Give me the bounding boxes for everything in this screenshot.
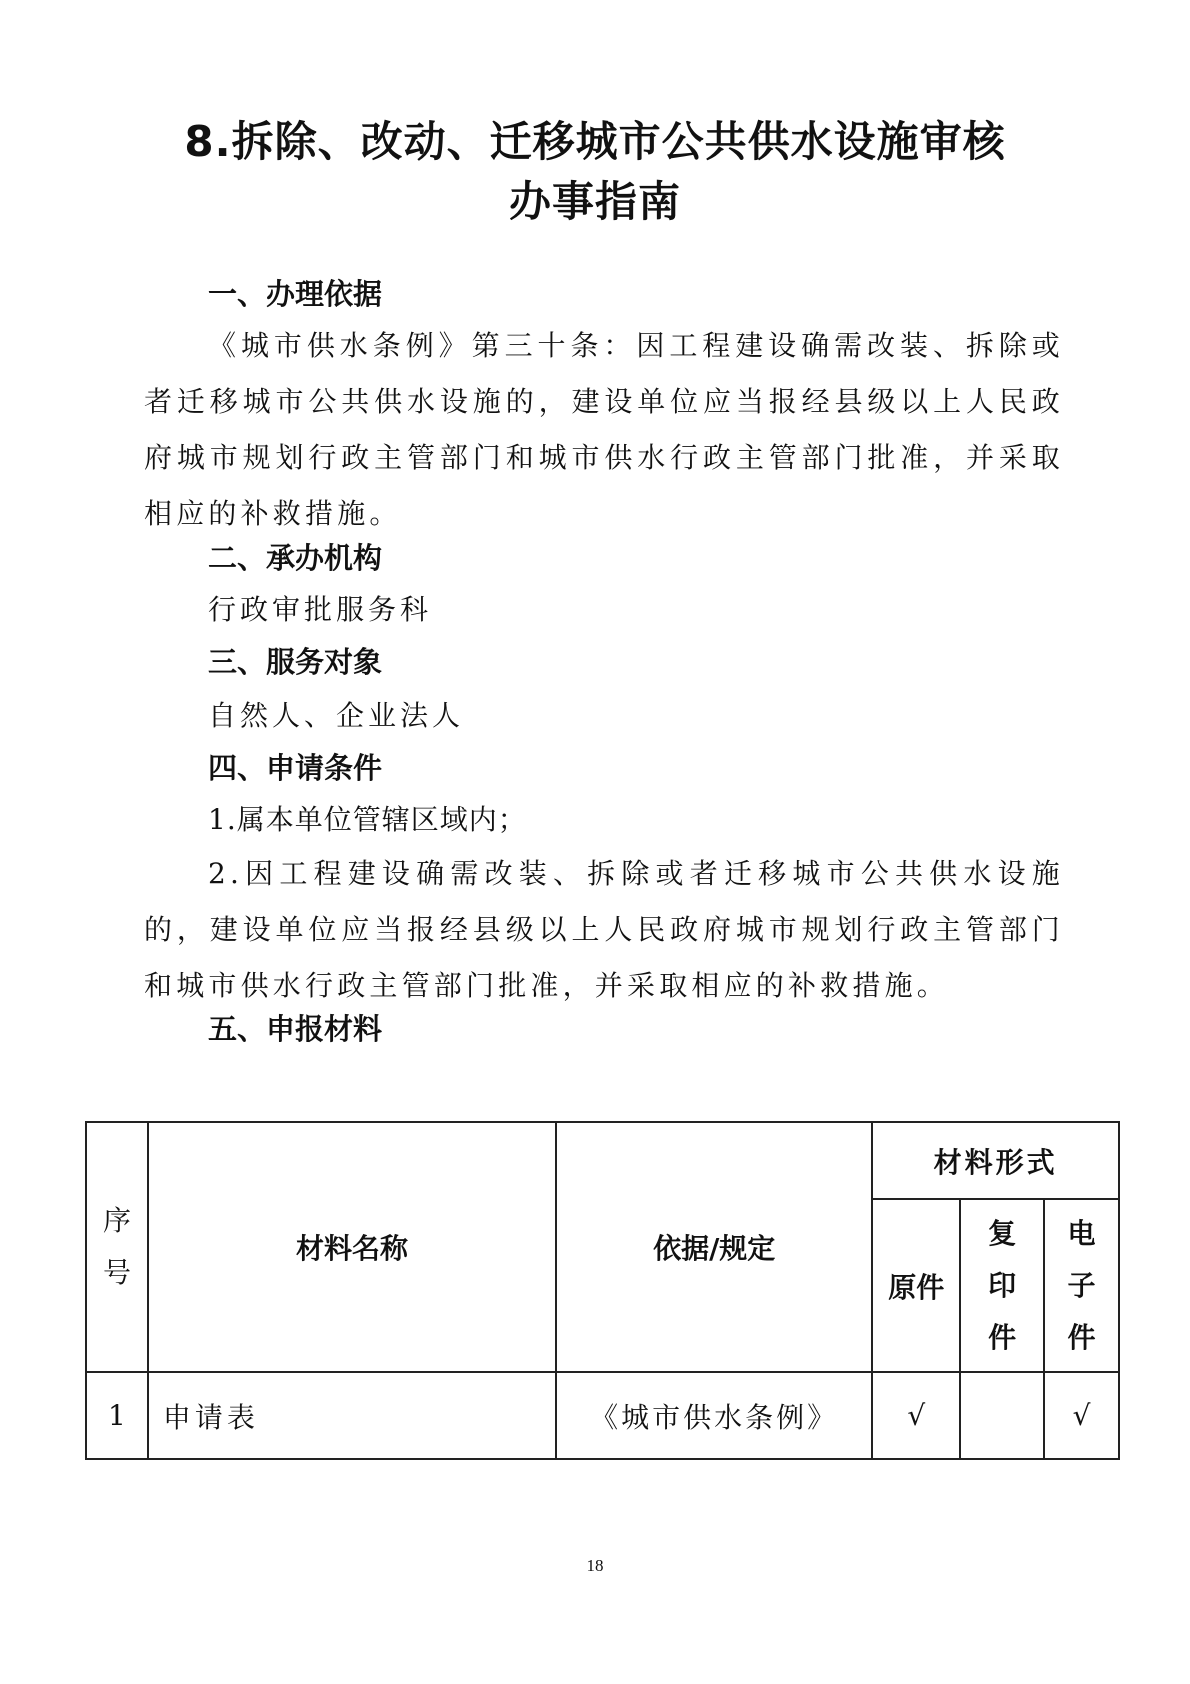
header-index-char: 序 bbox=[87, 1195, 147, 1247]
header-electronic-char: 件 bbox=[1045, 1312, 1118, 1364]
section-heading-service-target: 三、服务对象 bbox=[208, 642, 382, 682]
cell-index: 1 bbox=[86, 1372, 148, 1459]
section-heading-materials: 五、申报材料 bbox=[208, 1009, 382, 1049]
header-original: 原件 bbox=[872, 1199, 960, 1372]
document-subtitle: 办事指南 bbox=[0, 172, 1190, 232]
header-index-char: 号 bbox=[87, 1247, 147, 1299]
section-heading-agency: 二、承办机构 bbox=[208, 538, 382, 578]
header-copy-char: 复 bbox=[961, 1208, 1043, 1260]
header-electronic-char: 子 bbox=[1045, 1260, 1118, 1312]
header-copy-char: 件 bbox=[961, 1312, 1043, 1364]
condition-item-1: 1.属本单位管辖区域内； bbox=[208, 800, 527, 840]
table-header-row: 序 号 材料名称 依据/规定 材料形式 bbox=[86, 1122, 1119, 1199]
header-electronic: 电 子 件 bbox=[1044, 1199, 1119, 1372]
cell-material-name: 申请表 bbox=[148, 1372, 556, 1459]
section-body-service-target: 自然人、企业法人 bbox=[208, 696, 464, 736]
document-title: 8.拆除、改动、迁移城市公共供水设施审核 bbox=[0, 112, 1190, 172]
section-body-basis: 《城市供水条例》第三十条：因工程建设确需改装、拆除或者迁移城市公共供水设施的，建… bbox=[144, 318, 1064, 542]
cell-original-check: √ bbox=[872, 1372, 960, 1459]
condition-item-2: 2.因工程建设确需改装、拆除或者迁移城市公共供水设施的，建设单位应当报经县级以上… bbox=[144, 846, 1064, 1014]
cell-electronic-check: √ bbox=[1044, 1372, 1119, 1459]
page-number: 18 bbox=[0, 1556, 1190, 1576]
materials-table: 序 号 材料名称 依据/规定 材料形式 原件 复 印 件 电 子 件 1 申请表… bbox=[85, 1121, 1120, 1460]
cell-basis: 《城市供水条例》 bbox=[556, 1372, 872, 1459]
header-material-form: 材料形式 bbox=[872, 1122, 1119, 1199]
header-material-name: 材料名称 bbox=[148, 1122, 556, 1372]
section-heading-conditions: 四、申请条件 bbox=[208, 748, 382, 788]
header-electronic-char: 电 bbox=[1045, 1208, 1118, 1260]
header-copy: 复 印 件 bbox=[960, 1199, 1044, 1372]
header-copy-char: 印 bbox=[961, 1260, 1043, 1312]
header-index: 序 号 bbox=[86, 1122, 148, 1372]
section-heading-basis: 一、办理依据 bbox=[208, 274, 382, 314]
section-body-agency: 行政审批服务科 bbox=[208, 590, 432, 630]
header-basis: 依据/规定 bbox=[556, 1122, 872, 1372]
table-row: 1 申请表 《城市供水条例》 √ √ bbox=[86, 1372, 1119, 1459]
cell-copy-check bbox=[960, 1372, 1044, 1459]
